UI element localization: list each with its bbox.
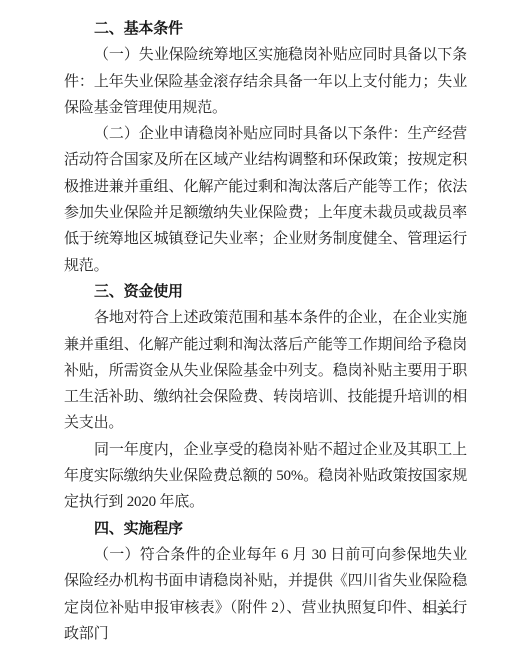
heading-fund-usage: 三、资金使用 xyxy=(64,279,467,305)
para-subsidy-limit: 同一年度内，企业享受的稳岗补贴不超过企业及其职工上年度实际缴纳失业保险费总额的 … xyxy=(64,437,467,516)
para-fund-usage: 各地对符合上述政策范围和基本条件的企业，在企业实施兼并重组、化解产能过剩和淘汰落… xyxy=(64,305,467,436)
para-enterprise-conditions: （二）企业申请稳岗补贴应同时具备以下条件：生产经营活动符合国家及所在区域产业结构… xyxy=(64,121,467,279)
para-overall-region-conditions: （一）失业保险统筹地区实施稳岗补贴应同时具备以下条件：上年失业保险基金滚存结余具… xyxy=(64,42,467,121)
heading-basic-conditions: 二、基本条件 xyxy=(64,16,467,42)
para-application-procedure: （一）符合条件的企业每年 6 月 30 日前可向参保地失业保险经办机构书面申请稳… xyxy=(64,542,467,647)
page-number: —3— xyxy=(423,603,458,621)
document-body: 二、基本条件 （一）失业保险统筹地区实施稳岗补贴应同时具备以下条件：上年失业保险… xyxy=(64,16,467,647)
heading-implementation-procedure: 四、实施程序 xyxy=(64,516,467,542)
document-page: 二、基本条件 （一）失业保险统筹地区实施稳岗补贴应同时具备以下条件：上年失业保险… xyxy=(0,0,524,660)
